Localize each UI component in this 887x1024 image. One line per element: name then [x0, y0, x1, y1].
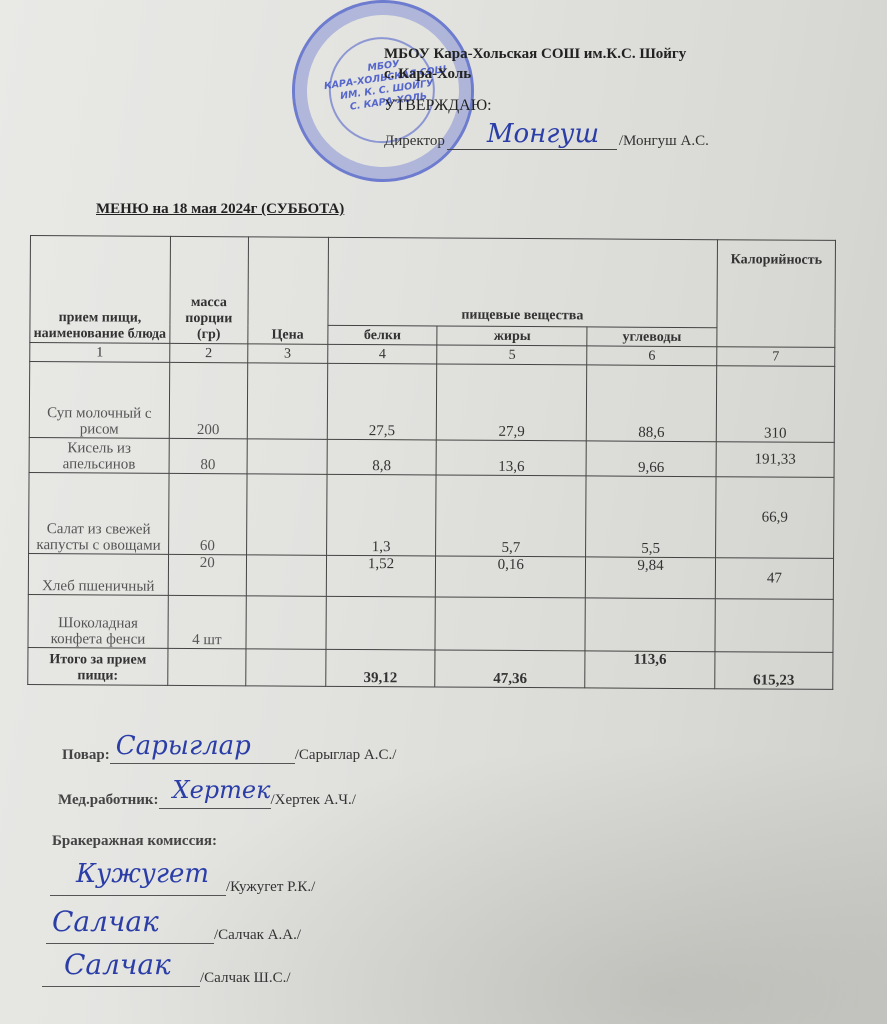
approve-label: УТВЕРЖДАЮ: [384, 97, 492, 115]
commission-label: Бракеражная комиссия: [52, 833, 217, 850]
table-row: Кисель из апельсинов 80 8,8 13,6 9,66 19… [29, 437, 834, 477]
dish-protein: 1,3 [326, 474, 436, 556]
header-protein: белки [328, 325, 438, 345]
dish-protein: 1,52 [326, 555, 436, 597]
organization-name: МБОУ Кара-Хольская СОШ им.К.С. Шойгу [384, 46, 686, 63]
table-row: Салат из свежей капусты с овощами 60 1,3… [29, 472, 834, 558]
column-number: 5 [437, 345, 587, 365]
commission-member-name: /Салчак Ш.С./ [200, 970, 291, 987]
cook-signature: Сарыглар [116, 731, 251, 761]
dish-fat [435, 597, 585, 651]
table-row: Шоколадная конфета фенси 4 шт [28, 594, 833, 652]
commission-signature-line: Салчак [42, 968, 200, 987]
menu-title: МЕНЮ на 18 мая 2024г (СУББОТА) [96, 201, 344, 218]
dish-name: Шоколадная конфета фенси [28, 594, 168, 648]
dish-calories: 66,9 [716, 477, 834, 559]
header-fat: жиры [437, 326, 587, 346]
director-signature-row: Директор Монгуш /Монгуш А.С. [384, 133, 709, 150]
total-price [246, 649, 326, 686]
dish-name: Салат из свежей капусты с овощами [29, 472, 169, 554]
total-carbs: 113,6 [585, 651, 715, 689]
dish-price [247, 363, 327, 439]
dish-carbs: 5,5 [586, 476, 716, 558]
total-label: Итого за прием пищи: [28, 647, 168, 685]
dish-calories [715, 599, 833, 653]
dish-protein: 8,8 [327, 439, 437, 475]
commission-signature-line: Салчак [46, 925, 214, 944]
medic-signature-line: Хертек [159, 790, 271, 809]
header-price: Цена [248, 237, 329, 344]
column-number: 6 [587, 346, 717, 366]
dish-mass: 60 [168, 473, 246, 554]
dish-mass: 200 [169, 362, 247, 438]
dish-protein: 27,5 [327, 363, 437, 440]
dish-price [246, 474, 326, 555]
medic-label: Мед.работник: [58, 792, 159, 809]
column-number: 7 [717, 347, 835, 367]
commission-signature: Салчак [52, 905, 159, 938]
director-signature-line: Монгуш [447, 133, 617, 150]
dish-fat: 13,6 [437, 440, 587, 476]
dish-protein [326, 596, 436, 650]
dish-fat: 0,16 [436, 556, 586, 598]
cook-signature-row: Повар: Сарыглар /Сарыглар А.С./ [62, 745, 396, 764]
dish-name: Хлеб пшеничный [28, 553, 168, 595]
dish-name: Кисель из апельсинов [29, 437, 169, 473]
dish-price [246, 555, 326, 596]
column-number: 2 [170, 343, 248, 362]
header-calories: Калорийность [717, 240, 836, 348]
dish-price [247, 439, 327, 474]
cook-name: /Сарыглар А.С./ [295, 747, 397, 764]
table-row: Хлеб пшеничный 20 1,52 0,16 9,84 47 [28, 553, 833, 599]
medic-name: /Хертек А.Ч./ [271, 792, 356, 809]
cook-label: Повар: [62, 747, 110, 764]
total-fat: 47,36 [435, 650, 585, 688]
commission-signature-line: Кужугет [50, 877, 226, 896]
dish-carbs [585, 598, 715, 652]
commission-member-row: Салчак /Салчак А.А./ [46, 925, 301, 944]
director-label: Директор [384, 133, 445, 150]
total-protein: 39,12 [325, 649, 435, 687]
director-signature: Монгуш [487, 119, 599, 149]
commission-member-row: Кужугет /Кужугет Р.К./ [50, 877, 315, 896]
dish-calories: 47 [715, 558, 833, 600]
dish-calories: 310 [716, 366, 834, 443]
medic-signature: Хертек [173, 776, 271, 804]
dish-mass: 4 шт [168, 595, 246, 648]
dish-mass: 20 [168, 554, 246, 595]
commission-signature: Салчак [64, 948, 171, 981]
medic-signature-row: Мед.работник: Хертек /Хертек А.Ч./ [58, 790, 356, 809]
dish-mass: 80 [169, 438, 247, 473]
table-total-row: Итого за прием пищи: 39,12 47,36 113,6 6… [28, 647, 833, 689]
dish-fat: 27,9 [437, 364, 587, 441]
column-number: 3 [248, 344, 328, 363]
cook-signature-line: Сарыглар [110, 745, 295, 764]
commission-member-row: Салчак /Салчак Ш.С./ [42, 968, 291, 987]
commission-member-name: /Кужугет Р.К./ [226, 879, 315, 896]
total-mass [168, 648, 246, 685]
dish-carbs: 9,84 [585, 557, 715, 599]
dish-carbs: 88,6 [586, 365, 716, 442]
column-number: 4 [327, 344, 437, 364]
dish-name: Суп молочный с рисом [29, 362, 169, 439]
dish-fat: 5,7 [436, 475, 586, 557]
commission-signature: Кужугет [76, 859, 209, 889]
menu-table: прием пищи, наименование блюда масса пор… [27, 235, 836, 690]
dish-calories: 191,33 [716, 442, 834, 478]
header-carbs: углеводы [587, 327, 717, 347]
village-name: с. Кара-Холь [384, 66, 471, 83]
director-name: /Монгуш А.С. [619, 133, 709, 150]
header-mass: масса порции (гр) [170, 236, 249, 343]
total-calories: 615,23 [715, 652, 833, 690]
commission-member-name: /Салчак А.А./ [214, 927, 301, 944]
dish-carbs: 9,66 [586, 441, 716, 477]
header-nutrients: пищевые вещества [328, 237, 718, 327]
header-meal: прием пищи, наименование блюда [30, 236, 171, 344]
table-row: Суп молочный с рисом 200 27,5 27,9 88,6 … [29, 362, 834, 443]
dish-price [246, 596, 326, 649]
table-header-row: прием пищи, наименование блюда масса пор… [30, 236, 836, 329]
column-number: 1 [30, 343, 170, 363]
